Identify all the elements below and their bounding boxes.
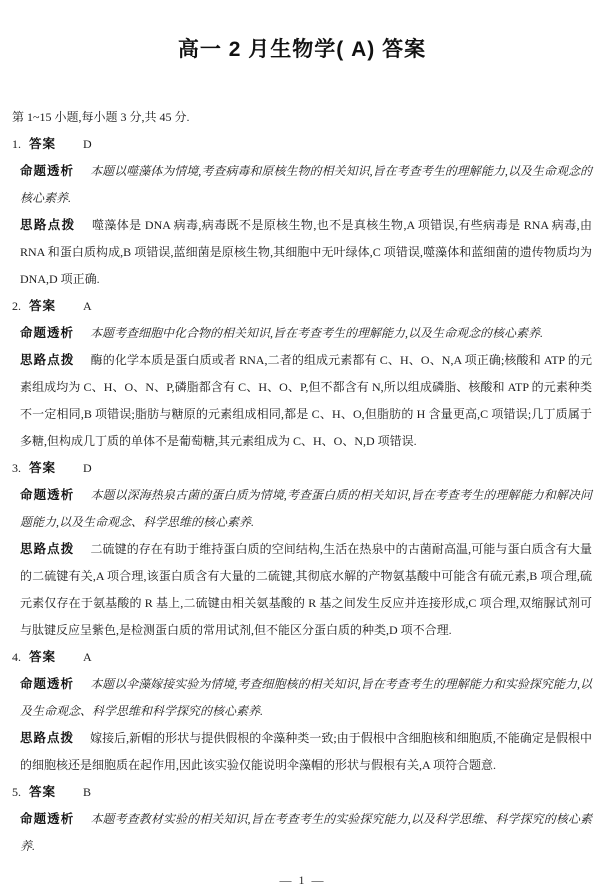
scoring-note: 第 1~15 小题,每小题 3 分,共 45 分. [12,104,592,131]
question-header: 4. 答案 A [12,644,592,671]
answer-letter: A [83,650,92,664]
answer-label: 答案 [29,650,56,664]
question-block: 3. 答案 D 命题透析 本题以深海热泉古菌的蛋白质为情境,考查蛋白质的相关知识… [12,455,592,644]
question-header: 3. 答案 D [12,455,592,482]
questions-list: 1. 答案 D 命题透析 本题以噬藻体为情境,考查病毒和原核生物的相关知识,旨在… [12,131,592,860]
question-block: 2. 答案 A 命题透析 本题考查细胞中化合物的相关知识,旨在考查考生的理解能力… [12,293,592,455]
answer-letter: B [83,785,91,799]
question-number: 4. [12,650,21,664]
tips-paragraph: 思路点拨 嫁接后,新帽的形状与提供假根的伞藻种类一致;由于假根中含细胞核和细胞质… [20,725,592,779]
analysis-label: 命题透析 [20,488,74,502]
analysis-text: 本题以深海热泉古菌的蛋白质为情境,考查蛋白质的相关知识,旨在考查考生的理解能力和… [20,488,592,529]
analysis-label: 命题透析 [20,677,74,691]
analysis-label: 命题透析 [20,812,74,826]
analysis-paragraph: 命题透析 本题考查细胞中化合物的相关知识,旨在考查考生的理解能力,以及生命观念的… [20,320,592,347]
answer-label: 答案 [29,137,56,151]
tips-text: 噬藻体是 DNA 病毒,病毒既不是原核生物,也不是真核生物,A 项错误,有些病毒… [20,218,592,286]
page-title: 高一 2 月生物学( A) 答案 [12,0,592,62]
tips-label: 思路点拨 [20,731,74,745]
analysis-label: 命题透析 [20,164,74,178]
tips-paragraph: 思路点拨 酶的化学本质是蛋白质或者 RNA,二者的组成元素都有 C、H、O、N,… [20,347,592,455]
question-header: 5. 答案 B [12,779,592,806]
question-header: 2. 答案 A [12,293,592,320]
answer-letter: D [83,461,92,475]
tips-text: 二硫键的存在有助于维持蛋白质的空间结构,生活在热泉中的古菌耐高温,可能与蛋白质含… [20,542,592,637]
tips-label: 思路点拨 [20,542,74,556]
analysis-text: 本题以噬藻体为情境,考查病毒和原核生物的相关知识,旨在考查考生的理解能力,以及生… [20,164,592,205]
analysis-paragraph: 命题透析 本题以噬藻体为情境,考查病毒和原核生物的相关知识,旨在考查考生的理解能… [20,158,592,212]
analysis-text: 本题考查教材实验的相关知识,旨在考查考生的实验探究能力,以及科学思维、科学探究的… [20,812,592,853]
answer-label: 答案 [29,785,56,799]
answer-label: 答案 [29,299,56,313]
analysis-paragraph: 命题透析 本题考查教材实验的相关知识,旨在考查考生的实验探究能力,以及科学思维、… [20,806,592,860]
question-block: 5. 答案 B 命题透析 本题考查教材实验的相关知识,旨在考查考生的实验探究能力… [12,779,592,860]
tips-paragraph: 思路点拨 噬藻体是 DNA 病毒,病毒既不是原核生物,也不是真核生物,A 项错误… [20,212,592,293]
tips-label: 思路点拨 [20,353,74,367]
question-number: 1. [12,137,21,151]
tips-text: 嫁接后,新帽的形状与提供假根的伞藻种类一致;由于假根中含细胞核和细胞质,不能确定… [20,731,592,772]
analysis-paragraph: 命题透析 本题以深海热泉古菌的蛋白质为情境,考查蛋白质的相关知识,旨在考查考生的… [20,482,592,536]
question-header: 1. 答案 D [12,131,592,158]
analysis-text: 本题以伞藻嫁接实验为情境,考查细胞核的相关知识,旨在考查考生的理解能力和实验探究… [20,677,592,718]
page-number: — 1 — [0,873,605,887]
tips-text: 酶的化学本质是蛋白质或者 RNA,二者的组成元素都有 C、H、O、N,A 项正确… [20,353,592,448]
question-block: 1. 答案 D 命题透析 本题以噬藻体为情境,考查病毒和原核生物的相关知识,旨在… [12,131,592,293]
tips-paragraph: 思路点拨 二硫键的存在有助于维持蛋白质的空间结构,生活在热泉中的古菌耐高温,可能… [20,536,592,644]
question-number: 5. [12,785,21,799]
analysis-text: 本题考查细胞中化合物的相关知识,旨在考查考生的理解能力,以及生命观念的核心素养. [90,326,543,340]
question-number: 2. [12,299,21,313]
answer-letter: A [83,299,92,313]
analysis-label: 命题透析 [20,326,74,340]
tips-label: 思路点拨 [20,218,76,232]
answer-label: 答案 [29,461,56,475]
answer-letter: D [83,137,92,151]
question-number: 3. [12,461,21,475]
question-block: 4. 答案 A 命题透析 本题以伞藻嫁接实验为情境,考查细胞核的相关知识,旨在考… [12,644,592,779]
document-page: 高一 2 月生物学( A) 答案 第 1~15 小题,每小题 3 分,共 45 … [0,0,605,860]
analysis-paragraph: 命题透析 本题以伞藻嫁接实验为情境,考查细胞核的相关知识,旨在考查考生的理解能力… [20,671,592,725]
